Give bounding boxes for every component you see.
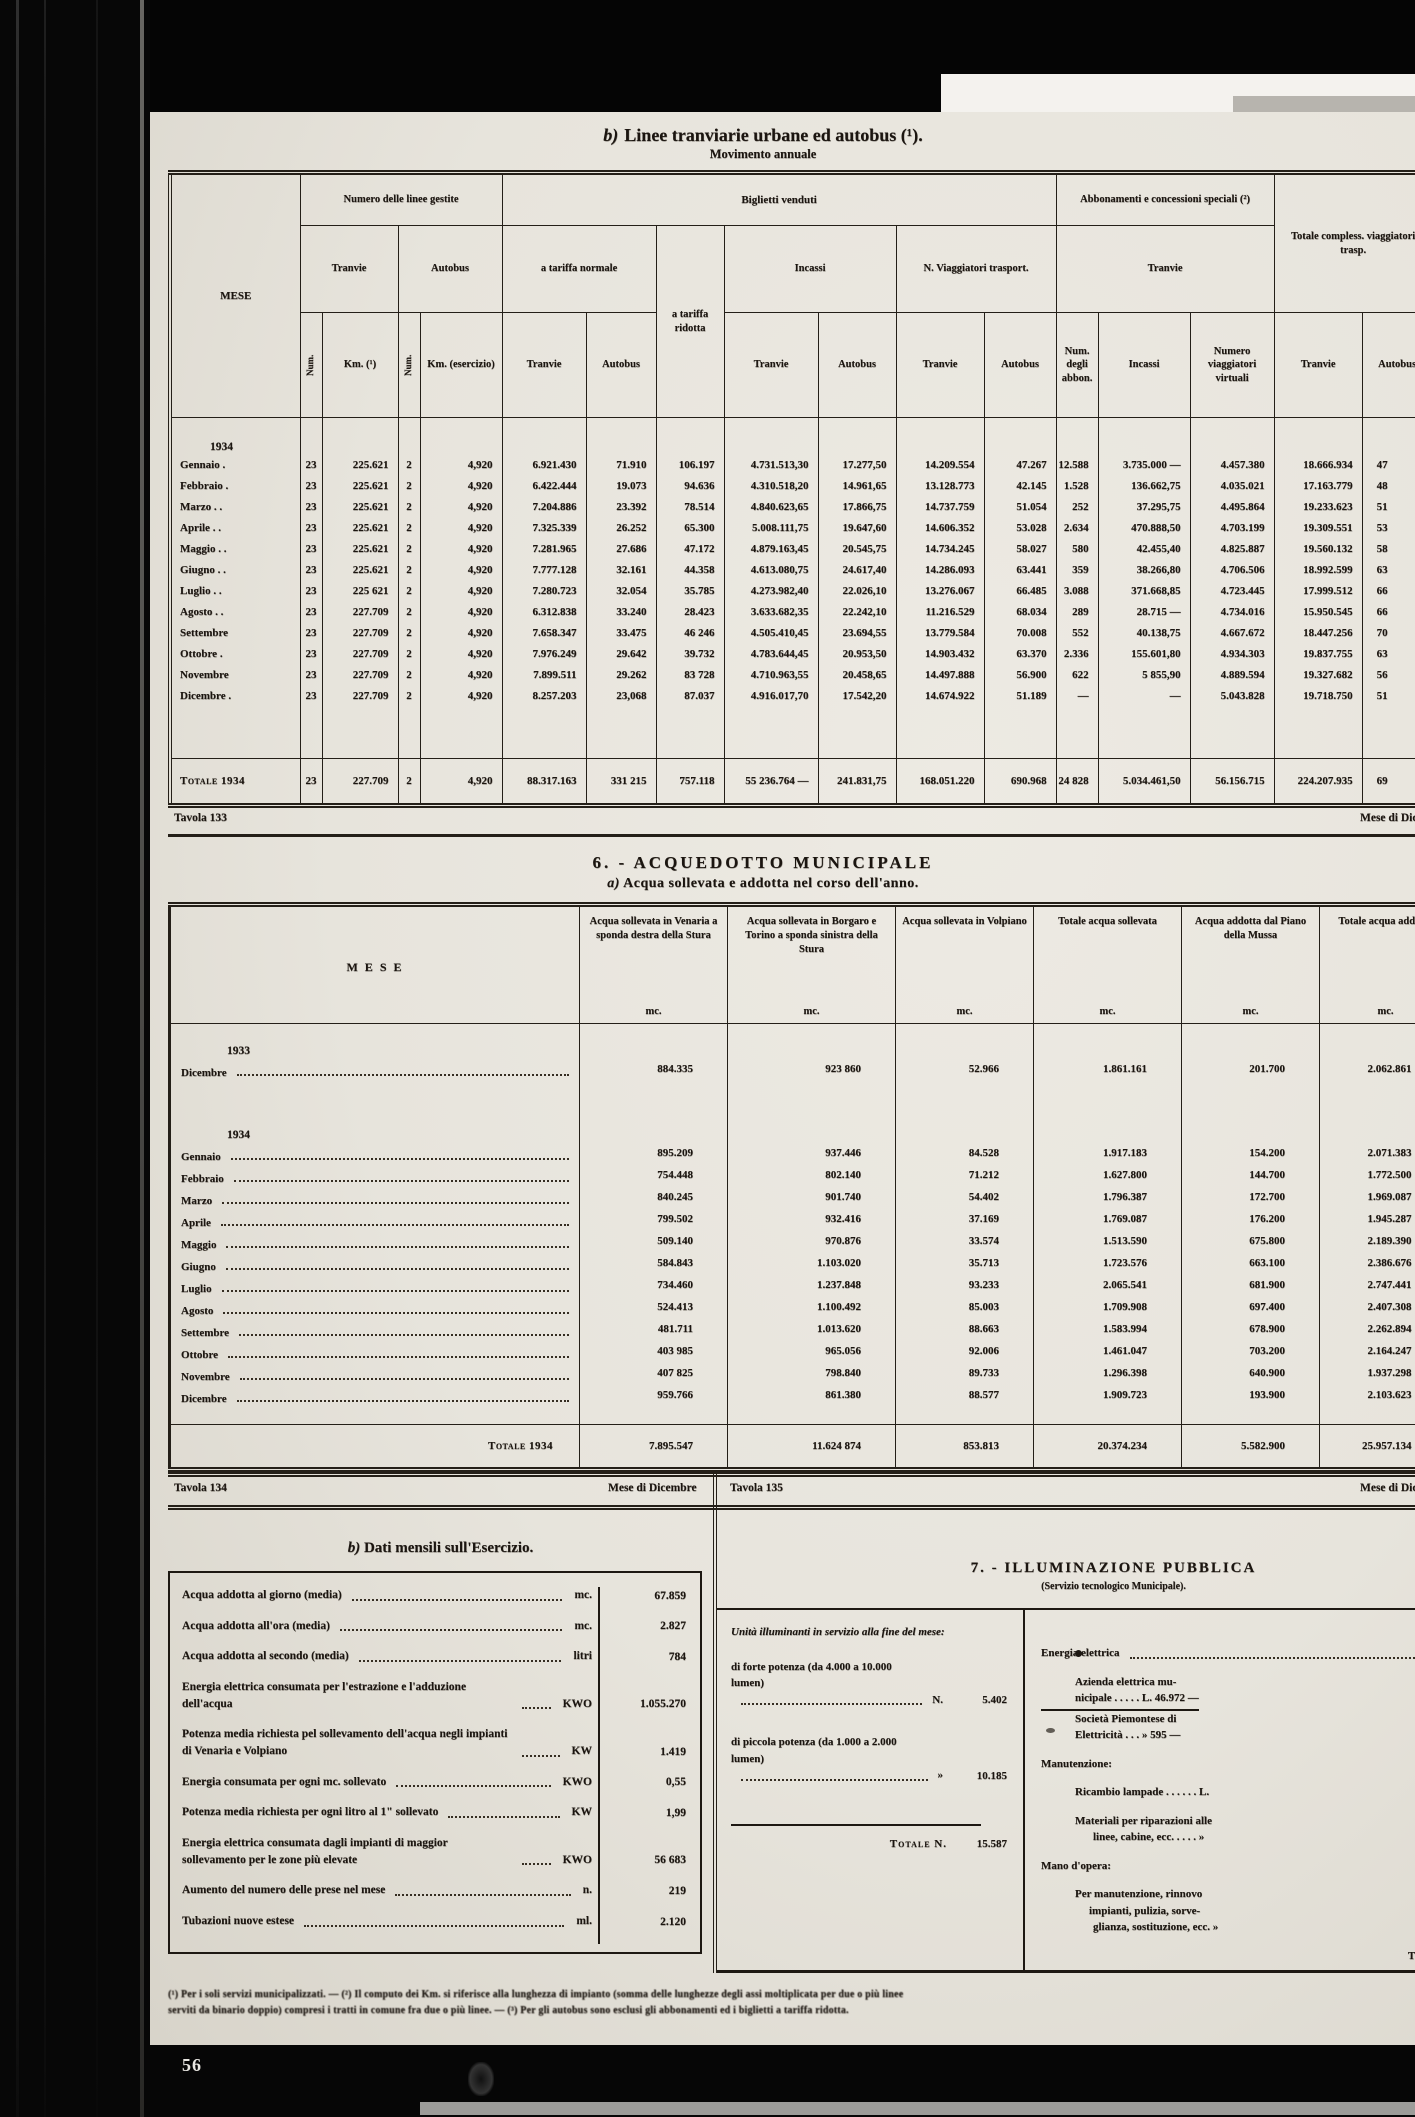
month-label: Marzo . .: [170, 496, 300, 517]
cell: 4,920: [420, 759, 502, 806]
dotted-leader: [1130, 1657, 1415, 1659]
illuminazione-title: 7. - ILLUMINAZIONE PUBBLICA: [717, 1560, 1415, 1577]
cell: 853.813: [896, 1425, 1034, 1470]
esercizio-row: Tubazioni nuove esteseml. 2.120: [170, 1913, 700, 1944]
unita-intro: Unità illuminanti in servizio alla fine …: [731, 1624, 961, 1641]
subtitle-text: Acqua sollevata e addotta nel corso dell…: [623, 876, 919, 891]
esercizio-row: Energia consumata per ogni mc. sollevato…: [170, 1774, 700, 1805]
cell: 552: [1056, 622, 1098, 643]
cell: 39.732: [656, 643, 724, 664]
cell: 663.100: [1182, 1252, 1320, 1274]
cell: 7.899.511: [502, 664, 586, 685]
cell: 33.240: [586, 601, 656, 622]
cell: 29.642: [586, 643, 656, 664]
dotted-leader: [448, 1816, 559, 1818]
title-italic-letter: b): [348, 1540, 361, 1556]
dotted-leader: [522, 1755, 560, 1757]
cell: 78.514: [656, 496, 724, 517]
cell-clipped: 66: [1362, 601, 1415, 622]
esercizio-value: 1,99: [598, 1804, 700, 1835]
cell: 2: [398, 517, 420, 538]
cell: 4.457.380: [1190, 454, 1274, 475]
cell: 14.209.554: [896, 454, 984, 475]
cell-clipped: 51: [1362, 685, 1415, 706]
unita-value: 5.402: [947, 1659, 1023, 1709]
cell: 2.103.623: [1320, 1384, 1415, 1406]
title-text: Dati mensili sull'Esercizio.: [364, 1540, 533, 1556]
dotted-leader: [240, 1378, 569, 1380]
cell: 63.441: [984, 559, 1056, 580]
cell: 2.386.676: [1320, 1252, 1415, 1274]
cell: 176.200: [1182, 1208, 1320, 1230]
cell: 1.772.500: [1320, 1164, 1415, 1186]
band-divider: [713, 1472, 717, 1508]
cell: 65.300: [656, 517, 724, 538]
energia-pane: Dati del mese Dati dell'anno Energia ele…: [1025, 1610, 1415, 1970]
cell: 33.475: [586, 622, 656, 643]
cell: 1.103.020: [728, 1252, 896, 1274]
esercizio-label: Energia elettrica consumata per l'estraz…: [170, 1679, 598, 1726]
cell: 798.840: [728, 1362, 896, 1384]
month-label: Febbraio: [181, 1173, 224, 1185]
cell: 407 825: [580, 1362, 728, 1384]
cell: 4,920: [420, 580, 502, 601]
cell: 4,920: [420, 664, 502, 685]
tavola-135-label: Tavola 135: [730, 1482, 783, 1494]
cell: 2.071.383: [1320, 1142, 1415, 1164]
cell: 83 728: [656, 664, 724, 685]
month-label: Luglio: [181, 1283, 212, 1295]
cell: 225.621: [322, 475, 398, 496]
cell-clipped: 63: [1362, 559, 1415, 580]
header-volpiano: Acqua sollevata in Volpianomc.: [896, 905, 1034, 1024]
year-row: 1934: [170, 418, 1415, 455]
title-italic-letter: b): [603, 125, 618, 145]
manutenzione-head: Manutenzione:: [1025, 1750, 1415, 1779]
cell: 13.276.067: [896, 580, 984, 601]
cell: 24 828: [1056, 759, 1098, 806]
cell: 23: [300, 643, 322, 664]
cell: 4.783.644,45: [724, 643, 818, 664]
tram-total-row: Totale 1934 23 227.709 2 4,920 88.317.16…: [170, 759, 1415, 806]
cell: 23: [300, 496, 322, 517]
film-edge-margin: [0, 0, 150, 2117]
tram-data-row: Gennaio . 23 225.621 2 4,920 6.921.430 7…: [170, 454, 1415, 475]
cell: 19.073: [586, 475, 656, 496]
cell: 37.169: [896, 1208, 1034, 1230]
cell: 53.028: [984, 517, 1056, 538]
cell: 1.937.298: [1320, 1362, 1415, 1384]
unit-label: N.: [932, 1692, 943, 1709]
cell: 17.542,20: [818, 685, 896, 706]
acquedotto-data-row: Dicembre 959.766 861.380 88.577 1.909.72…: [170, 1384, 1415, 1406]
cell: 37.295,75: [1098, 496, 1190, 517]
footnotes: (¹) Per i soli servizi municipalizzati. …: [168, 1987, 1408, 2019]
cell: 227.709: [322, 622, 398, 643]
dotted-leader: [226, 1246, 569, 1248]
spacer-row: [170, 1080, 1415, 1108]
header-num-autobus: Num.: [398, 313, 420, 418]
unit-label: ml.: [576, 1913, 592, 1930]
header-viaggiatori: N. Viaggiatori trasport.: [896, 226, 1056, 313]
cell-clipped: 70: [1362, 622, 1415, 643]
cell: 201.700: [1182, 1058, 1320, 1080]
unit-label: KW: [572, 1804, 592, 1821]
month-label: Settembre: [170, 622, 300, 643]
mano-opera-label: Per manutenzione, rinnovo impianti, puli…: [1025, 1880, 1415, 1942]
year-label: 1933: [170, 1024, 580, 1059]
month-label: Maggio: [181, 1239, 216, 1251]
cell-clipped: 47: [1362, 454, 1415, 475]
cell: 23: [300, 601, 322, 622]
cell: 14.497.888: [896, 664, 984, 685]
cell: 757.118: [656, 759, 724, 806]
cell: 4,920: [420, 685, 502, 706]
cell: 4,920: [420, 643, 502, 664]
acquedotto-data-row: Novembre 407 825 798.840 89.733 1.296.39…: [170, 1362, 1415, 1384]
dotted-leader: [359, 1660, 562, 1662]
cell: 5 855,90: [1098, 664, 1190, 685]
cell: 481.711: [580, 1318, 728, 1340]
header-biglietti: Biglietti venduti: [502, 173, 1056, 226]
header-viagg-autobus: Autobus: [984, 313, 1056, 418]
total-label: Totale 1934: [170, 1425, 580, 1470]
cell: 23: [300, 664, 322, 685]
cell: 580: [1056, 538, 1098, 559]
month-label: Dicembre: [181, 1067, 227, 1079]
cell: 13.779.584: [896, 622, 984, 643]
cell: 1.769.087: [1034, 1208, 1182, 1230]
tram-data-row: Febbraio . 23 225.621 2 4,920 6.422.444 …: [170, 475, 1415, 496]
cell: 403 985: [580, 1340, 728, 1362]
cell: 227.709: [322, 759, 398, 806]
month-label: Febbraio .: [170, 475, 300, 496]
cell: 4,920: [420, 622, 502, 643]
mano-opera-head: Mano d'opera:: [1025, 1852, 1415, 1881]
cell: 17.277,50: [818, 454, 896, 475]
cell-clipped: 69: [1362, 759, 1415, 806]
cell: 2.407.308: [1320, 1296, 1415, 1318]
cell: 225.621: [322, 454, 398, 475]
cell: 23: [300, 759, 322, 806]
cell: 884.335: [580, 1058, 728, 1080]
cell: 7.976.249: [502, 643, 586, 664]
aziende-label: Azienda elettrica mu- nicipale . . . . .…: [1025, 1668, 1415, 1750]
cell: 13.128.773: [896, 475, 984, 496]
cell: 23: [300, 454, 322, 475]
esercizio-label: Acqua addotta al secondo (media)litri: [170, 1648, 598, 1679]
film-streak: [44, 0, 46, 2117]
cell: 2: [398, 475, 420, 496]
month-label: Novembre: [170, 664, 300, 685]
esercizio-value: 56 683: [598, 1835, 700, 1882]
cell: 678.900: [1182, 1318, 1320, 1340]
header-km-autobus: Km. (esercizio): [420, 313, 502, 418]
cell: 6.312.838: [502, 601, 586, 622]
unita-rows: di forte potenza (da 4.000 a 10.000 lume…: [731, 1659, 1023, 1784]
cell: 3.735.000 —: [1098, 454, 1190, 475]
cell: 14.903.432: [896, 643, 984, 664]
ink-smudge: [1046, 1728, 1055, 1733]
cell: 2.189.390: [1320, 1230, 1415, 1252]
subtitle-italic-letter: a): [607, 876, 620, 891]
header-tariffa-normale: a tariffa normale: [502, 226, 656, 313]
cell: 225.621: [322, 538, 398, 559]
cell: 2: [398, 538, 420, 559]
unita-total-row: Totale N. 15.587: [731, 1838, 1023, 1852]
cell: 2.062.861: [1320, 1058, 1415, 1080]
cell: 17.163.779: [1274, 475, 1362, 496]
cell: 14.734.245: [896, 538, 984, 559]
cell: 23: [300, 538, 322, 559]
unit-label: KWO: [563, 1774, 592, 1791]
total-label: Totale N.: [731, 1838, 947, 1852]
cell: 1.723.576: [1034, 1252, 1182, 1274]
unit-label: KWO: [563, 1852, 592, 1869]
cell: 2.164.247: [1320, 1340, 1415, 1362]
header-venaria: Acqua sollevata in Venaria a sponda dest…: [580, 905, 728, 1024]
spacer-row: [170, 1406, 1415, 1425]
ink-blot: [468, 2062, 494, 2096]
cell: 19.327.682: [1274, 664, 1362, 685]
dotted-leader: [741, 1703, 922, 1705]
cell: 799.502: [580, 1208, 728, 1230]
cell: 71.212: [896, 1164, 1034, 1186]
cell-clipped: 58: [1362, 538, 1415, 559]
cell: 6.422.444: [502, 475, 586, 496]
month-label: Giugno . .: [170, 559, 300, 580]
tram-data-row: Settembre 23 227.709 2 4,920 7.658.347 3…: [170, 622, 1415, 643]
cell: 88.317.163: [502, 759, 586, 806]
header-tariffa-ridotta: a tariffa ridotta: [656, 226, 724, 418]
cell: 17.999.512: [1274, 580, 1362, 601]
cell: 1.969.087: [1320, 1186, 1415, 1208]
dotted-leader: [222, 1290, 569, 1292]
month-label: Gennaio: [181, 1151, 221, 1163]
acquedotto-data-row: Marzo 840.245 901.740 54.402 1.796.387 1…: [170, 1186, 1415, 1208]
cell: 32.054: [586, 580, 656, 601]
cell: 40.138,75: [1098, 622, 1190, 643]
cell: 2: [398, 664, 420, 685]
cell: 26.252: [586, 517, 656, 538]
cell: 44.358: [656, 559, 724, 580]
cell: 371.668,85: [1098, 580, 1190, 601]
cell: 470.888,50: [1098, 517, 1190, 538]
cell: 23.694,55: [818, 622, 896, 643]
cell: 1.627.800: [1034, 1164, 1182, 1186]
cell: 14.606.352: [896, 517, 984, 538]
cell: 932.416: [728, 1208, 896, 1230]
cell: 23,068: [586, 685, 656, 706]
cell: 20.953,50: [818, 643, 896, 664]
cell: 20.374.234: [1034, 1425, 1182, 1470]
cell: 23: [300, 475, 322, 496]
cell: 7.325.339: [502, 517, 586, 538]
tram-data-row: Ottobre . 23 227.709 2 4,920 7.976.249 2…: [170, 643, 1415, 664]
cell: 4,920: [420, 559, 502, 580]
footnote-line-1: (¹) Per i soli servizi municipalizzati. …: [168, 1987, 1408, 2003]
cell: 895.209: [580, 1142, 728, 1164]
page-edge-highlight: [140, 0, 144, 2117]
cell: 27.686: [586, 538, 656, 559]
cell: 2: [398, 685, 420, 706]
cell: 2: [398, 601, 420, 622]
month-label: Maggio . .: [170, 538, 300, 559]
cell: 11.624 874: [728, 1425, 896, 1470]
cell: 19.718.750: [1274, 685, 1362, 706]
cell: 1.945.287: [1320, 1208, 1415, 1230]
cell: 56.156.715: [1190, 759, 1274, 806]
dotted-leader: [222, 1202, 569, 1204]
dotted-leader: [340, 1629, 563, 1631]
cell: 144.700: [1182, 1164, 1320, 1186]
total-rule: [731, 1824, 981, 1826]
esercizio-label: Potenza media richiesta per ogni litro a…: [170, 1804, 598, 1835]
cell: 524.413: [580, 1296, 728, 1318]
cell: 509.140: [580, 1230, 728, 1252]
cell: 35.713: [896, 1252, 1034, 1274]
cell-clipped: 48: [1362, 475, 1415, 496]
cell: 252: [1056, 496, 1098, 517]
cell: 193.900: [1182, 1384, 1320, 1406]
cell: 4.703.199: [1190, 517, 1274, 538]
cell: 56.900: [984, 664, 1056, 685]
cell: 640.900: [1182, 1362, 1320, 1384]
cell: 28.715 —: [1098, 601, 1190, 622]
tram-data-row: Maggio . . 23 225.621 2 4,920 7.281.965 …: [170, 538, 1415, 559]
cell: 93.233: [896, 1274, 1034, 1296]
section-6-subtitle: a) Acqua sollevata e addotta nel corso d…: [168, 876, 1358, 892]
cell: 2: [398, 759, 420, 806]
cell: 4.035.021: [1190, 475, 1274, 496]
cell: 1.461.047: [1034, 1340, 1182, 1362]
acquedotto-data-row: Gennaio 895.209 937.446 84.528 1.917.183…: [170, 1142, 1415, 1164]
cell: 802.140: [728, 1164, 896, 1186]
cell: 359: [1056, 559, 1098, 580]
cell: 1.709.908: [1034, 1296, 1182, 1318]
cell: 4.613.080,75: [724, 559, 818, 580]
cell: 4.273.982,40: [724, 580, 818, 601]
dotted-leader: [239, 1334, 569, 1336]
cell: 923 860: [728, 1058, 896, 1080]
header-abbon-tranvie: Tranvie: [1056, 226, 1274, 313]
cell: 901.740: [728, 1186, 896, 1208]
cell: 959.766: [580, 1384, 728, 1406]
cell: 24.617,40: [818, 559, 896, 580]
title-text: Linee tranviarie urbane ed autobus (¹).: [624, 125, 922, 145]
esercizio-value: 219: [598, 1882, 700, 1913]
cell: 690.968: [984, 759, 1056, 806]
cell: 106.197: [656, 454, 724, 475]
header-norm-autobus: Autobus: [586, 313, 656, 418]
unita-row: di piccola potenza (da 1.000 a 2.000 lum…: [731, 1734, 1023, 1784]
tavola-133-band: Tavola 133 Mese di Dicembre: [168, 808, 1415, 837]
year-row-1933: 1933: [170, 1024, 1415, 1059]
cell: 1.013.620: [728, 1318, 896, 1340]
cell: 227.709: [322, 643, 398, 664]
page-number: 56: [182, 2055, 202, 2076]
cell: 1.917.183: [1034, 1142, 1182, 1164]
cell: 54.402: [896, 1186, 1034, 1208]
ink-dot: [1075, 1650, 1082, 1657]
cell: 4.505.410,45: [724, 622, 818, 643]
dotted-leader: [228, 1356, 569, 1358]
month-label: Agosto . .: [170, 601, 300, 622]
cell: 4,920: [420, 538, 502, 559]
cell-clipped: 53: [1362, 517, 1415, 538]
cell: 94.636: [656, 475, 724, 496]
esercizio-value: 2.120: [598, 1913, 700, 1944]
cell: 4,920: [420, 601, 502, 622]
cell: 58.027: [984, 538, 1056, 559]
cell: 6.921.430: [502, 454, 586, 475]
cell: 965.056: [728, 1340, 896, 1362]
cell: 172.700: [1182, 1186, 1320, 1208]
cell: 1.583.994: [1034, 1318, 1182, 1340]
unit-label: litri: [573, 1648, 592, 1665]
cell: 19.837.755: [1274, 643, 1362, 664]
cell: 1.100.492: [728, 1296, 896, 1318]
cell: 52.966: [896, 1058, 1034, 1080]
cell: 7.281.965: [502, 538, 586, 559]
cell: 88.577: [896, 1384, 1034, 1406]
cell: 20.545,75: [818, 538, 896, 559]
cell: 136.662,75: [1098, 475, 1190, 496]
cell: 42.455,40: [1098, 538, 1190, 559]
header-abbon-incassi: Incassi: [1098, 313, 1190, 418]
cell-clipped: 63: [1362, 643, 1415, 664]
dotted-leader: [304, 1925, 564, 1927]
header-abbonamenti: Abbonamenti e concessioni speciali (²): [1056, 173, 1274, 226]
total-label: Totale 1934: [170, 759, 300, 806]
cell: 14.286.093: [896, 559, 984, 580]
header-tranvie: Tranvie: [300, 226, 398, 313]
cell: 15.950.545: [1274, 601, 1362, 622]
dotted-leader: [522, 1707, 551, 1709]
cell: 675.800: [1182, 1230, 1320, 1252]
cell: 8.257.203: [502, 685, 586, 706]
illu-total-label: Totale L.: [1025, 1942, 1415, 1971]
unita-illuminanti-pane: Unità illuminanti in servizio alla fine …: [717, 1610, 1025, 1970]
cell-clipped: 56: [1362, 664, 1415, 685]
tram-data-row: Luglio . . 23 225 621 2 4,920 7.280.723 …: [170, 580, 1415, 601]
cell: 23: [300, 685, 322, 706]
cell: —: [1098, 685, 1190, 706]
cell: 225.621: [322, 559, 398, 580]
cell: 23.392: [586, 496, 656, 517]
cell: 4.731.513,30: [724, 454, 818, 475]
cell: 14.737.759: [896, 496, 984, 517]
month-label: Settembre: [181, 1327, 229, 1339]
cell: 38.266,80: [1098, 559, 1190, 580]
cell: 2: [398, 454, 420, 475]
cell: 4,920: [420, 496, 502, 517]
cell: 11.216.529: [896, 601, 984, 622]
acquedotto-data-row: Agosto 524.413 1.100.492 85.003 1.709.90…: [170, 1296, 1415, 1318]
ricambio-label: Ricambio lampade . . . . . . L.: [1025, 1778, 1415, 1807]
cell: 225 621: [322, 580, 398, 601]
cell: 68.034: [984, 601, 1056, 622]
tram-table-body: 1934 Gennaio . 23 225.621 2 4,920 6.921.…: [170, 418, 1415, 806]
year-label: 1934: [170, 1108, 580, 1142]
cell: 14.961,65: [818, 475, 896, 496]
cell: 331 215: [586, 759, 656, 806]
dotted-leader: [396, 1785, 550, 1787]
cell: 1.513.590: [1034, 1230, 1182, 1252]
month-label: Aprile . .: [170, 517, 300, 538]
cell: 71.910: [586, 454, 656, 475]
cell: 5.008.111,75: [724, 517, 818, 538]
